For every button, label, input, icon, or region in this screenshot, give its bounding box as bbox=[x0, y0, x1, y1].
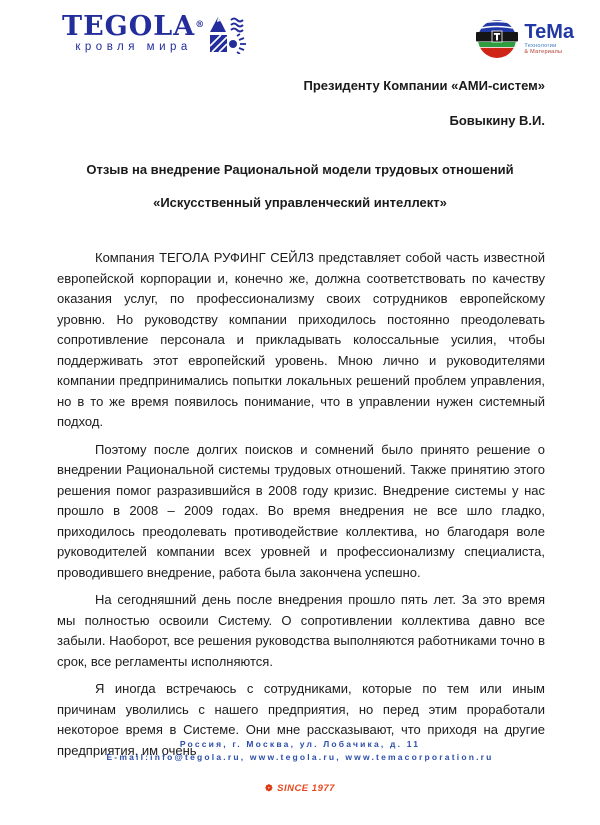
tegola-emblem-icon bbox=[209, 14, 249, 59]
addressee-block: Президенту Компании «АМИ-систем» Бовыкин… bbox=[57, 78, 545, 129]
document-title: Отзыв на внедрение Рациональной модели т… bbox=[40, 162, 560, 211]
tegola-logo: TEGOLA® кровля мира bbox=[62, 14, 249, 59]
paragraph-1: Компания ТЕГОЛА РУФИНГ СЕЙЛЗ представляе… bbox=[57, 248, 545, 433]
letter-body: Компания ТЕГОЛА РУФИНГ СЕЙЛЗ представляе… bbox=[57, 248, 545, 768]
scanned-letter-page: TEGOLA® кровля мира bbox=[0, 0, 600, 825]
tegola-wordmark-block: TEGOLA® кровля мира bbox=[62, 14, 205, 53]
tema-globe-icon bbox=[475, 18, 519, 65]
tema-tagline-line2: & Материалы bbox=[524, 49, 574, 55]
footer-address: Россия, г. Москва, ул. Лобачика, д. 11 bbox=[0, 738, 600, 751]
tegola-name: TEGOLA bbox=[62, 11, 195, 42]
tegola-tagline: кровля мира bbox=[75, 41, 191, 53]
paragraph-3: На сегодняшний день после внедрения прош… bbox=[57, 590, 545, 672]
registered-trademark-symbol: ® bbox=[195, 20, 205, 30]
tema-wordmark-block: TeMa Технологии & Материалы bbox=[524, 23, 574, 55]
since-emblem-icon: ❁ bbox=[265, 783, 273, 793]
addressee-company: Президенту Компании «АМИ-систем» bbox=[57, 78, 545, 94]
footer-contacts: E-mail:info@tegola.ru, www.tegola.ru, ww… bbox=[0, 751, 600, 764]
letter-footer: Россия, г. Москва, ул. Лобачика, д. 11 E… bbox=[0, 738, 600, 764]
tema-logo: TeMa Технологии & Материалы bbox=[475, 18, 574, 65]
since-text: SINCE 1977 bbox=[277, 783, 335, 794]
title-line1: Отзыв на внедрение Рациональной модели т… bbox=[40, 162, 560, 178]
since-1977: ❁SINCE 1977 bbox=[0, 783, 600, 794]
tema-wordmark: TeMa bbox=[524, 23, 574, 41]
letterhead: TEGOLA® кровля мира bbox=[62, 14, 574, 65]
tegola-wordmark: TEGOLA® bbox=[62, 14, 205, 40]
paragraph-2: Поэтому после долгих поисков и сомнений … bbox=[57, 440, 545, 584]
addressee-person: Бовыкину В.И. bbox=[57, 113, 545, 129]
title-line2: «Искусственный управленческий интеллект» bbox=[40, 195, 560, 211]
